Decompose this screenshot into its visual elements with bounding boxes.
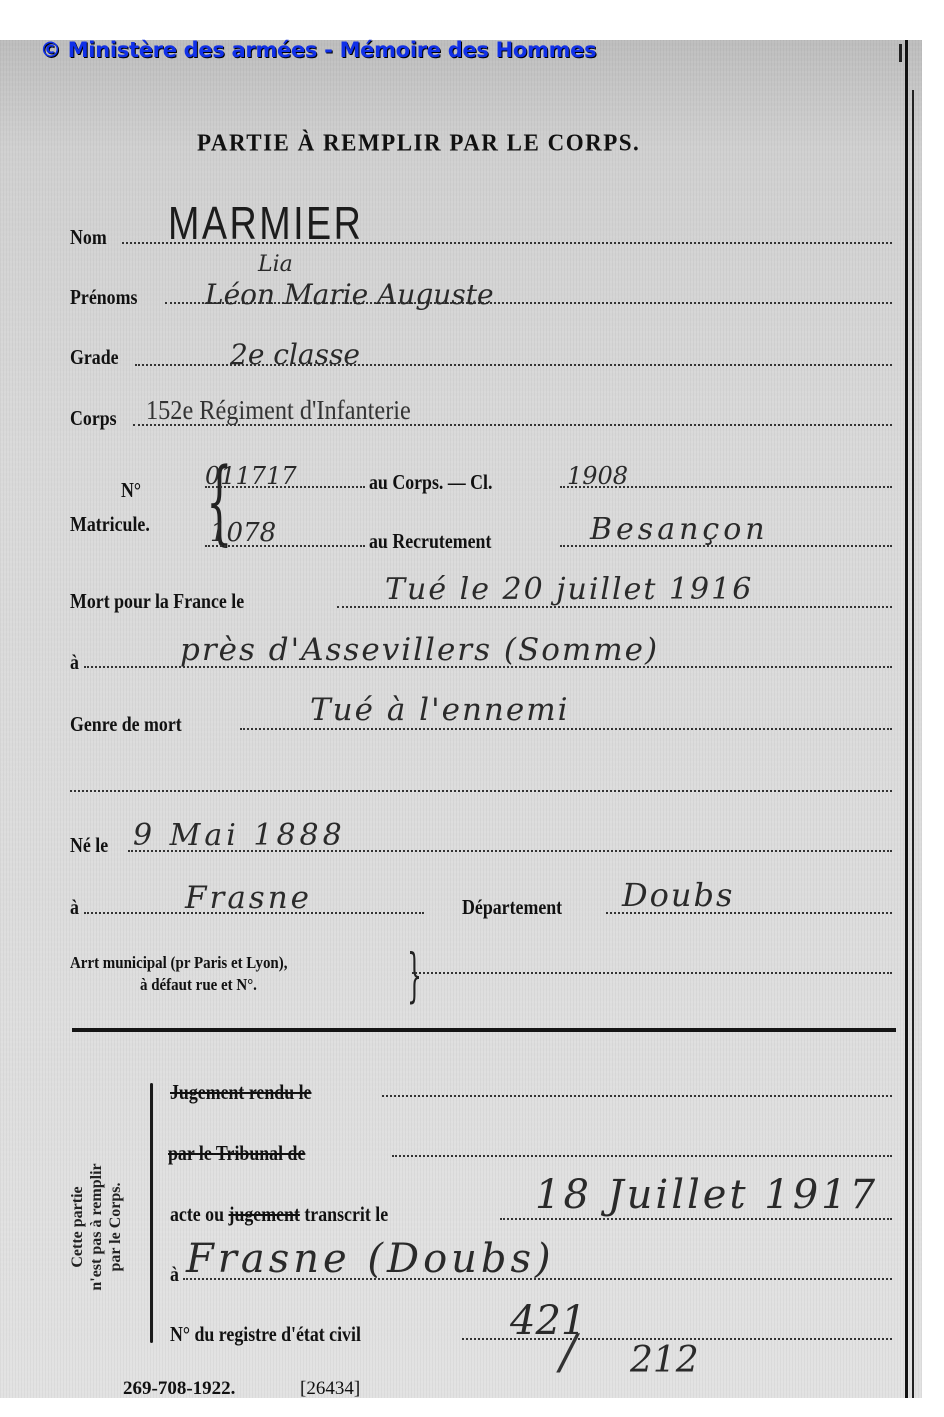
tribunal-line bbox=[392, 1155, 892, 1157]
acte-ou-text: acte ou bbox=[170, 1202, 224, 1226]
matricule-label: Matricule. bbox=[70, 512, 150, 537]
genre-de-mort-label: Genre de mort bbox=[70, 712, 182, 737]
classe-value: 1908 bbox=[567, 462, 628, 490]
note-line-2: n'est pas à remplir bbox=[87, 1112, 106, 1342]
civil-section-brace bbox=[150, 1083, 153, 1343]
transcrit-label: acte ou jugement transcrit le bbox=[170, 1202, 388, 1227]
transcrit-le-text: transcrit le bbox=[304, 1202, 388, 1226]
note-line-3: par le Corps. bbox=[106, 1112, 125, 1342]
grade-label: Grade bbox=[70, 345, 119, 370]
civil-section-note: Cette partie n'est pas à remplir par le … bbox=[68, 1112, 125, 1342]
mort-le-value: Tué le 20 juillet 1916 bbox=[385, 572, 753, 607]
arrondissement-label-1: Arrt municipal (pr Paris et Lyon), bbox=[70, 953, 287, 973]
civil-a-label: à bbox=[170, 1262, 179, 1287]
matricule-corps-number: 011717 bbox=[205, 462, 297, 490]
extra-line bbox=[70, 790, 892, 792]
genre-de-mort-line bbox=[240, 728, 892, 730]
ne-a-value: Frasne bbox=[185, 880, 312, 916]
tribunal-label: par le Tribunal de bbox=[168, 1141, 305, 1166]
prenoms-value: Léon Marie Auguste bbox=[205, 278, 494, 311]
departement-value: Doubs bbox=[622, 876, 734, 914]
mort-a-value: près d'Assevillers (Somme) bbox=[180, 632, 659, 668]
ne-le-label: Né le bbox=[70, 833, 108, 858]
mort-le-label: Mort pour la France le bbox=[70, 589, 244, 614]
genre-de-mort-value: Tué à l'ennemi bbox=[310, 692, 570, 728]
corps-label: Corps bbox=[70, 406, 117, 431]
recrutement-value: Besançon bbox=[590, 512, 769, 547]
arrondissement-brace: } bbox=[407, 946, 422, 1004]
corps-value: 152e Régiment d'Infanterie bbox=[146, 395, 411, 426]
registre-value-2: 212 bbox=[630, 1340, 699, 1381]
departement-label: Département bbox=[462, 895, 562, 920]
section-divider bbox=[72, 1028, 896, 1032]
prenoms-label: Prénoms bbox=[70, 285, 137, 310]
mort-a-label: à bbox=[70, 650, 79, 675]
au-recrutement-label: au Recrutement bbox=[369, 529, 491, 554]
transcrit-value: 18 Juillet 1917 bbox=[535, 1172, 878, 1218]
right-border-line-inner bbox=[912, 90, 914, 1398]
au-corps-label: au Corps. — Cl. bbox=[369, 470, 492, 495]
batch-number: [26434] bbox=[300, 1378, 360, 1400]
jugement-label: Jugement rendu le bbox=[170, 1080, 311, 1105]
registre-slash: / bbox=[560, 1324, 576, 1380]
nom-label: Nom bbox=[70, 225, 107, 250]
matricule-recrutement-number: 1078 bbox=[210, 518, 276, 548]
note-line-1: Cette partie bbox=[68, 1112, 87, 1342]
prenoms-correction: Lia bbox=[258, 252, 293, 277]
arrondissement-label-2: à défaut rue et N°. bbox=[140, 975, 257, 995]
ne-le-value: 9 Mai 1888 bbox=[133, 818, 346, 853]
jugement-struck-text: jugement bbox=[229, 1202, 300, 1226]
copyright-watermark: © Ministère des armées - Mémoire des Hom… bbox=[40, 38, 596, 62]
jugement-line bbox=[382, 1095, 892, 1097]
grade-value: 2e classe bbox=[230, 338, 360, 371]
form-title: PARTIE À REMPLIR PAR LE CORPS. bbox=[197, 129, 640, 156]
print-reference: 269-708-1922. bbox=[123, 1378, 235, 1400]
arrondissement-line bbox=[412, 972, 892, 974]
transcrit-line bbox=[500, 1218, 892, 1220]
nom-value: MARMIER bbox=[168, 196, 363, 250]
border-tick bbox=[899, 44, 902, 62]
registre-label: N° du registre d'état civil bbox=[170, 1322, 361, 1347]
matricule-label-no: N° bbox=[121, 478, 141, 503]
right-border-line bbox=[905, 40, 908, 1398]
civil-a-value: Frasne (Doubs) bbox=[186, 1236, 555, 1282]
ne-a-label: à bbox=[70, 895, 79, 920]
